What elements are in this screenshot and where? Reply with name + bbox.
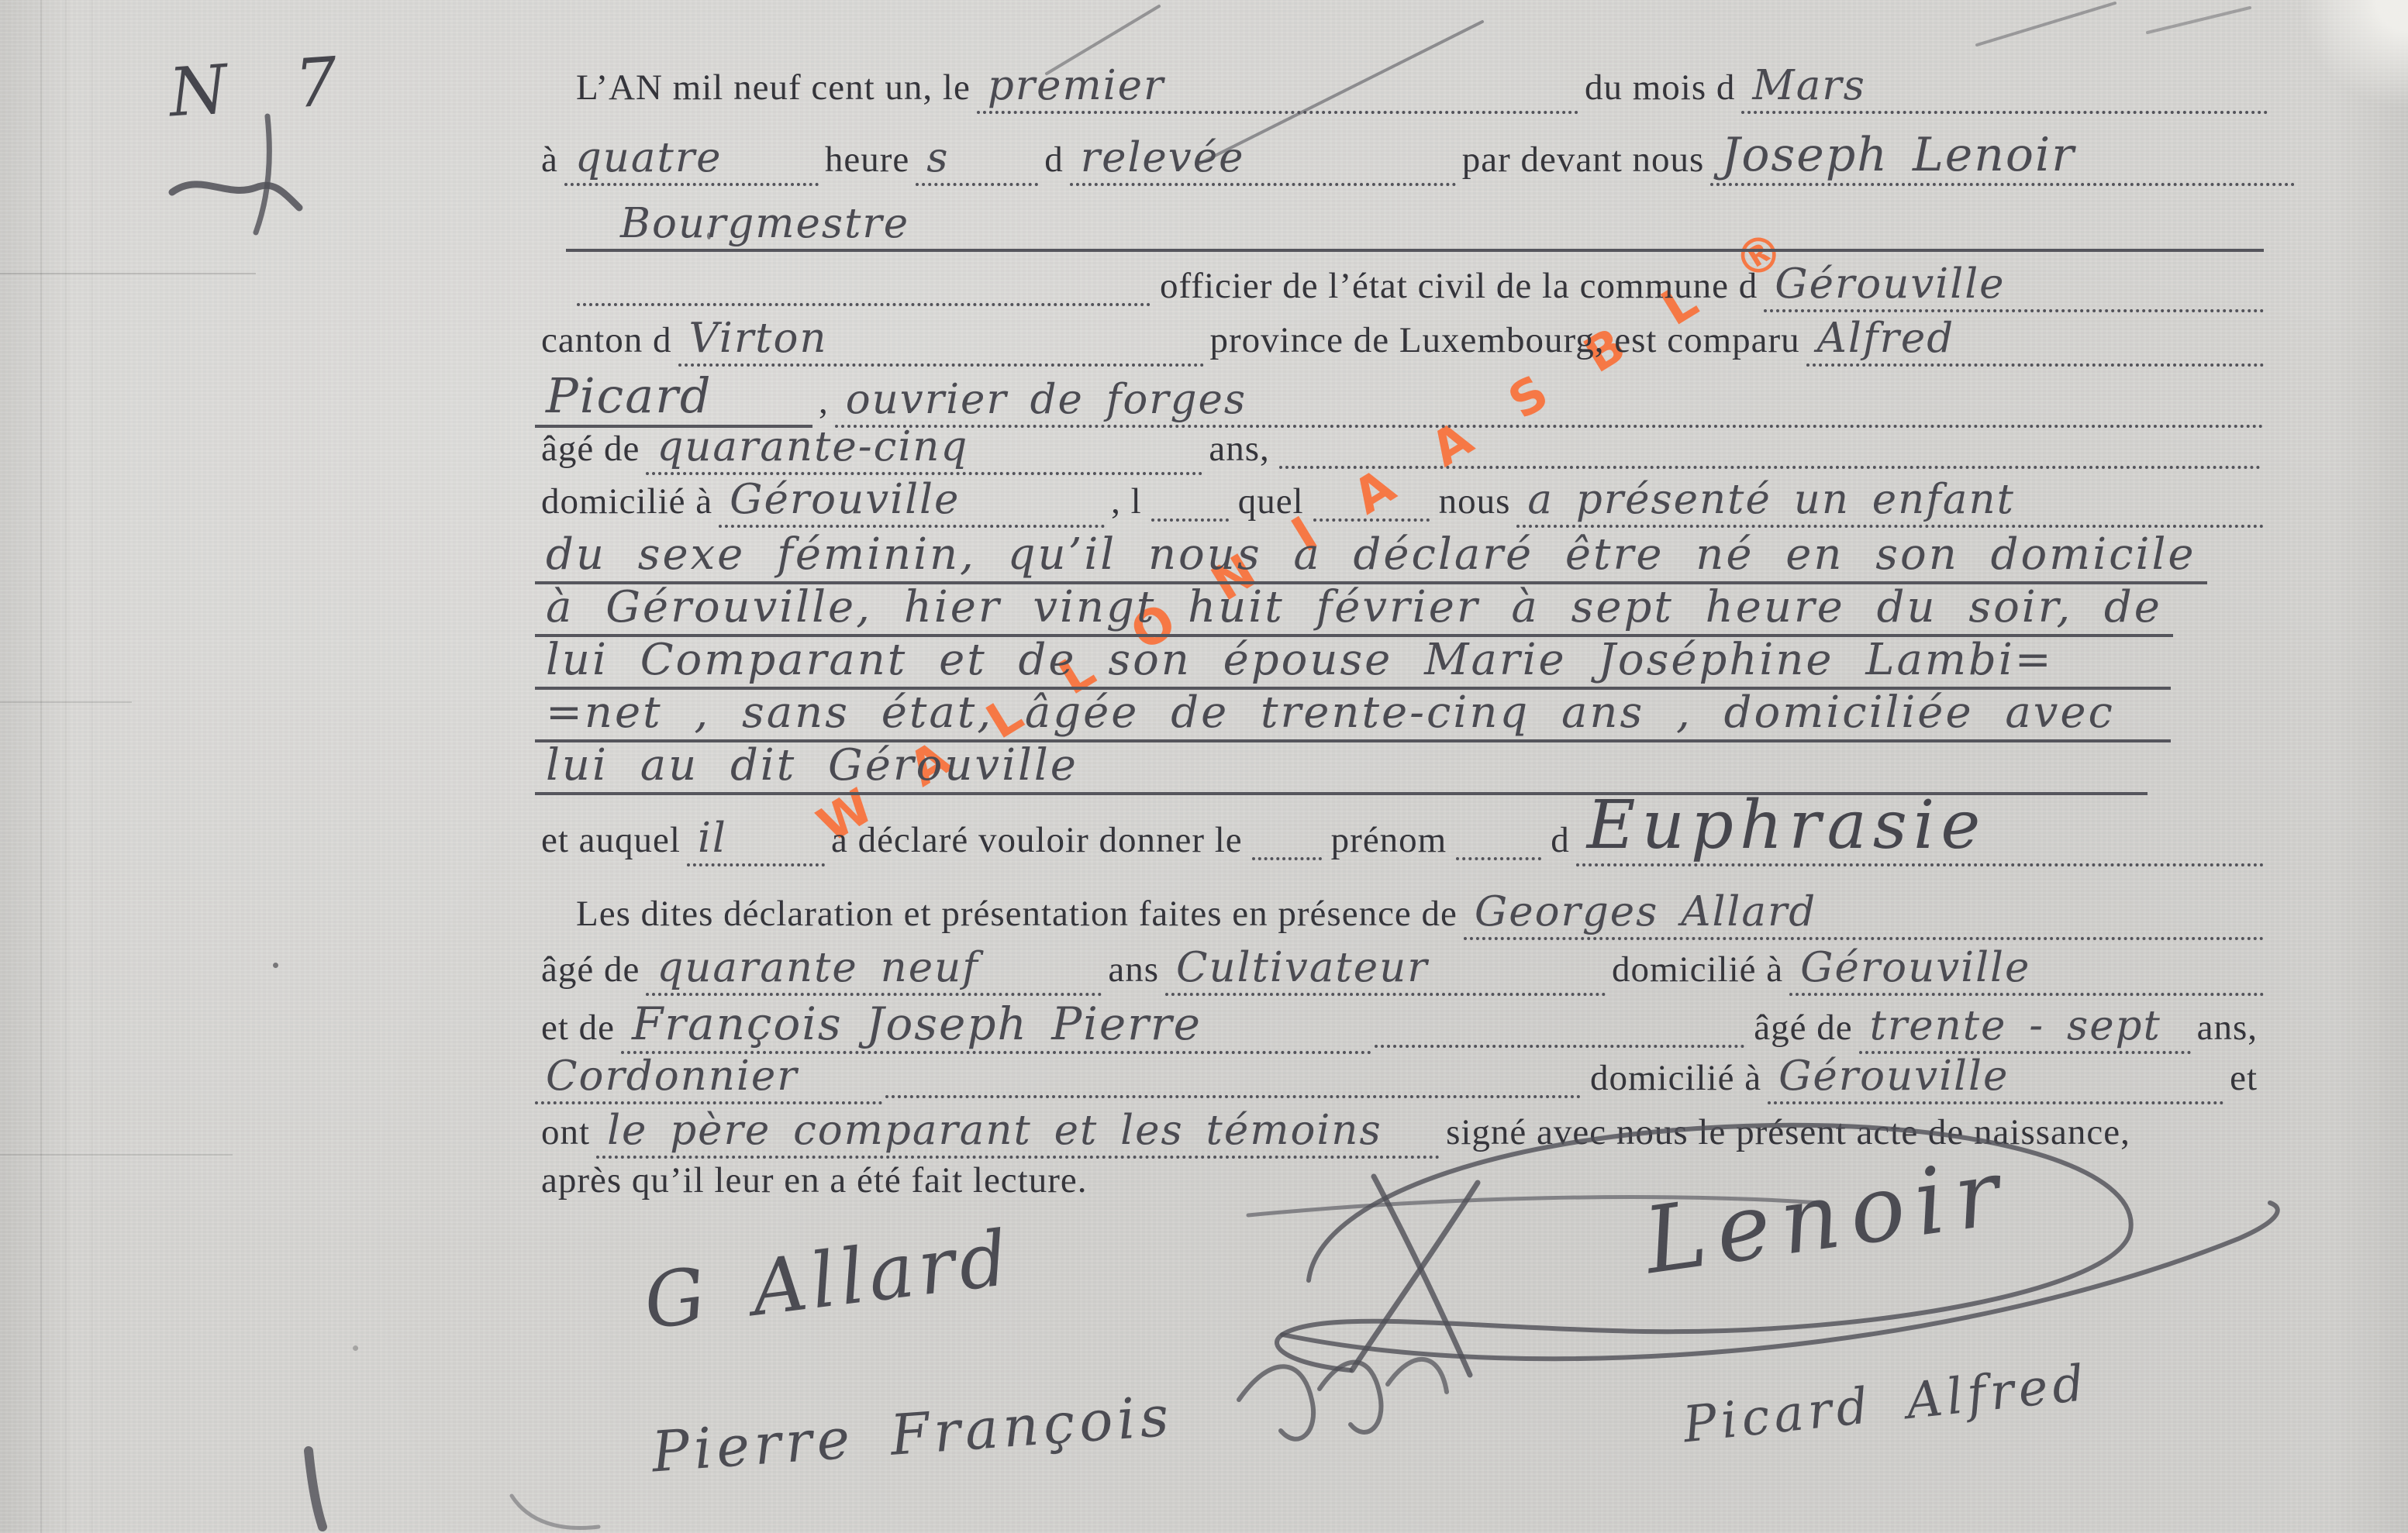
printed-text: prénom <box>1325 822 1454 866</box>
printed-text: heure <box>819 142 916 186</box>
handwritten-witness2-age: trente - sept <box>1859 1005 2191 1054</box>
act-line-17: et de François Joseph Pierre âgé de tren… <box>535 1001 2264 1054</box>
printed-text: ans, <box>2191 1010 2264 1054</box>
act-line-4: officier de l’état civil de la commune d… <box>574 264 2264 312</box>
printed-text: et de <box>535 1010 621 1054</box>
dotted-blank <box>1313 511 1430 522</box>
act-line-8: domicilié à Gérouville , l quel nous a p… <box>535 479 2264 528</box>
act-line-5: canton d Virton province de Luxembourg, … <box>535 318 2264 367</box>
dotted-blank <box>1279 458 2261 469</box>
handwritten-domicile: Gérouville <box>719 479 1105 528</box>
printed-text: âgé de <box>1747 1010 1858 1054</box>
act-line-3: Bourgmestre <box>566 203 2264 252</box>
handwritten-witness2-domicile: Gérouville <box>1768 1056 2223 1104</box>
handwritten-witness2-name: François Joseph Pierre <box>621 1001 1371 1054</box>
handwritten-paragraph: =net , sans état, âgée de trente-cinq an… <box>535 691 2171 742</box>
printed-text: âgé de <box>535 952 646 996</box>
printed-text: L’AN mil neuf cent un, le <box>570 70 977 114</box>
act-line-11: lui Comparant et de son épouse Marie Jos… <box>535 639 2171 690</box>
act-line-18: Cordonnier domicilié à Gérouville et <box>535 1056 2264 1104</box>
printed-text: signé avec nous le présent acte de naiss… <box>1440 1114 2137 1159</box>
handwritten-day: premier <box>977 65 1578 114</box>
handwritten-witness1-profession: Cultivateur <box>1165 947 1606 996</box>
handwritten-declarant-surname: Picard <box>535 372 812 428</box>
dotted-blank <box>1375 1037 1744 1048</box>
printed-text: et auquel <box>535 822 687 866</box>
printed-text: , l <box>1105 484 1148 528</box>
printed-text: d <box>1038 142 1070 186</box>
printed-text: canton d <box>535 322 678 367</box>
act-line-7: âgé de quarante-cinq ans, <box>535 426 2264 475</box>
printed-text: d <box>1544 822 1576 866</box>
handwritten-paragraph: du sexe féminin, qu’il nous a déclaré êt… <box>535 533 2207 584</box>
act-line-19: ont le père comparant et les témoins sig… <box>535 1110 2295 1159</box>
printed-text: Les dites déclaration et présentation fa… <box>570 896 1464 940</box>
printed-text: ont <box>535 1114 596 1159</box>
act-line-16: âgé de quarante neuf ans Cultivateur dom… <box>535 947 2264 996</box>
dotted-blank <box>885 1087 1581 1098</box>
printed-text: après qu’il leur en a été fait lecture. <box>535 1163 1093 1207</box>
printed-text: ans, <box>1202 431 1275 475</box>
printed-text: domicilié à <box>1584 1060 1768 1104</box>
printed-text: à <box>535 142 564 186</box>
act-line-15: Les dites déclaration et présentation fa… <box>570 891 2264 940</box>
handwritten-presentation: a présenté un enfant <box>1516 479 2264 528</box>
printed-text: a déclaré vouloir donner le <box>825 822 1249 866</box>
act-line-9: du sexe féminin, qu’il nous a déclaré êt… <box>535 533 2171 584</box>
act-line-6: Picard , ouvrier de forges <box>535 372 2264 428</box>
printed-text: du mois d <box>1578 70 1741 114</box>
act-line-2: à quatre heure s d relevée par devant no… <box>535 132 2295 186</box>
handwritten-month: Mars <box>1741 65 2268 114</box>
handwritten-declarant-firstname: Alfred <box>1806 318 2264 367</box>
dotted-blank <box>577 295 1151 306</box>
act-line-10: à Gérouville, hier vingt huit février à … <box>535 586 2171 637</box>
handwritten-child-firstname: Euphrasie <box>1576 792 2264 866</box>
handwritten-witness2-profession: Cordonnier <box>535 1056 882 1104</box>
handwritten-registrar-name: Joseph Lenoir <box>1710 132 2295 186</box>
printed-text: ans <box>1102 952 1165 996</box>
birth-register-page: W A L L O N I A A S B L ® N 7 L’AN mil n… <box>0 0 2408 1533</box>
dotted-blank <box>1151 511 1229 522</box>
handwritten-canton: Virton <box>678 318 1204 367</box>
handwritten-plural-s: s <box>916 137 1038 186</box>
handwritten-witness1-name: Georges Allard <box>1464 891 2264 940</box>
handwritten-meridiem: relevée <box>1070 137 1456 186</box>
handwritten-profession: ouvrier de forges <box>835 379 2264 428</box>
printed-text: , <box>812 384 835 428</box>
handwritten-hour: quatre <box>564 137 819 186</box>
handwritten-paragraph: lui Comparant et de son épouse Marie Jos… <box>535 639 2171 690</box>
act-line-1: L’AN mil neuf cent un, le premier du moi… <box>570 65 2268 114</box>
printed-text: et <box>2223 1060 2264 1104</box>
handwritten-paragraph: à Gérouville, hier vingt huit février à … <box>535 586 2173 637</box>
handwritten-signers: le père comparant et les témoins <box>596 1110 1440 1159</box>
handwritten-commune: Gérouville <box>1764 264 2264 312</box>
dotted-blank <box>1456 849 1541 860</box>
handwritten-title: Bourgmestre <box>566 203 2264 252</box>
handwritten-pronoun: il <box>687 818 825 866</box>
act-text: L’AN mil neuf cent un, le premier du moi… <box>0 0 2408 1533</box>
printed-text: domicilié à <box>535 484 719 528</box>
printed-text: province de Luxembourg, est comparu <box>1204 322 1806 367</box>
printed-text: nous <box>1433 484 1517 528</box>
act-line-14: et auquel il a déclaré vouloir donner le… <box>535 792 2264 866</box>
printed-text: quel <box>1232 484 1310 528</box>
handwritten-witness1-domicile: Gérouville <box>1789 947 2264 996</box>
act-line-12: =net , sans état, âgée de trente-cinq an… <box>535 691 2171 742</box>
dotted-blank <box>1252 849 1322 860</box>
printed-text: par devant nous <box>1456 142 1711 186</box>
printed-text: domicilié à <box>1606 952 1789 996</box>
printed-text: officier de l’état civil de la commune d <box>1154 268 1764 312</box>
handwritten-witness1-age: quarante neuf <box>646 947 1102 996</box>
printed-text: âgé de <box>535 431 646 475</box>
handwritten-age: quarante-cinq <box>646 426 1202 475</box>
